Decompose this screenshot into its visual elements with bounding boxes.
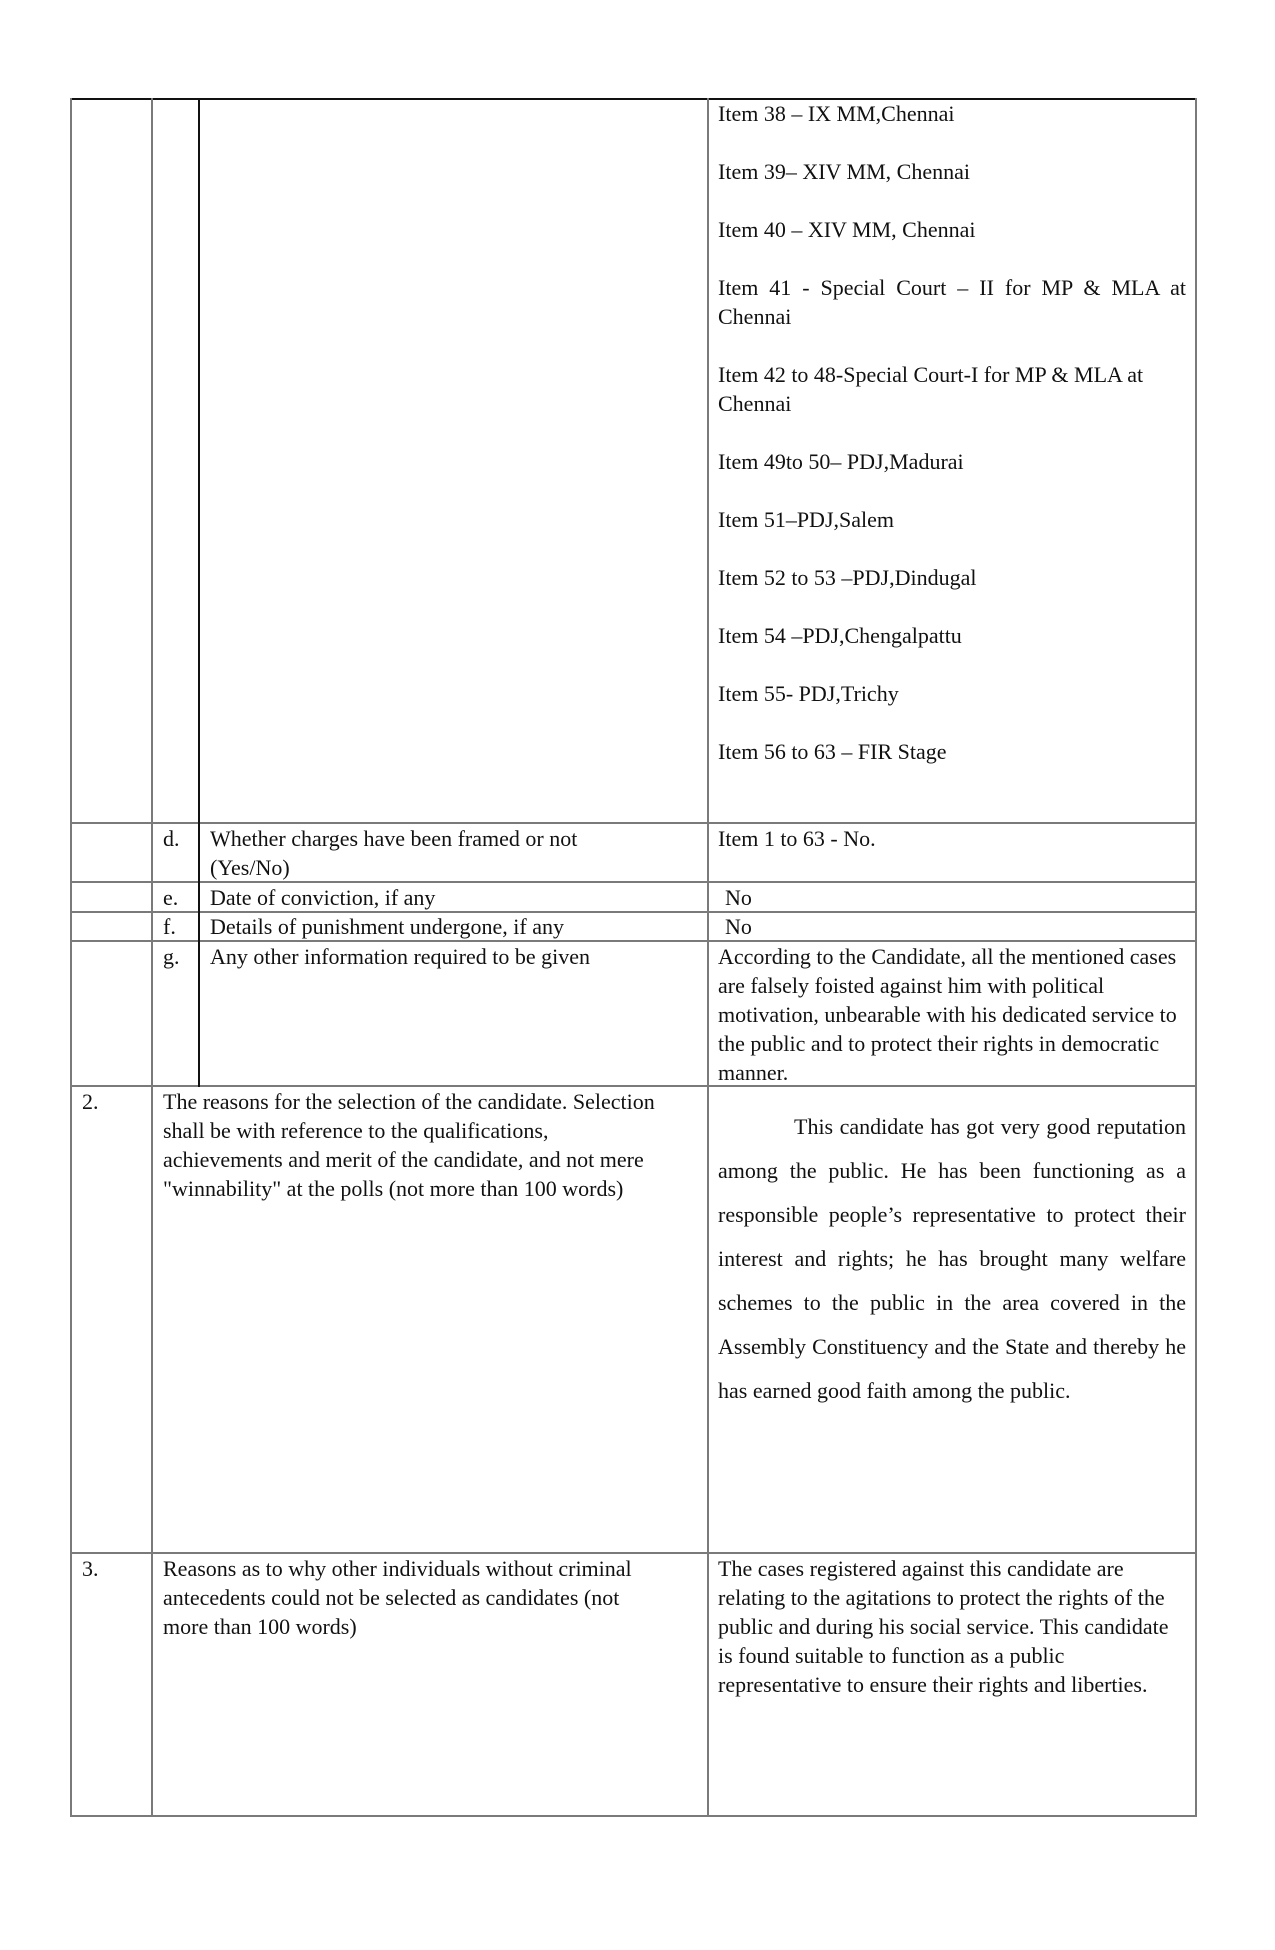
court-entry: Item 55- PDJ,Trichy (718, 679, 1186, 708)
table-left-border (70, 98, 72, 1817)
answer-3: The cases registered against this candid… (718, 1554, 1188, 1699)
court-entry: Item 49to 50– PDJ,Madurai (718, 447, 1186, 476)
court-entry: Item 41 - Special Court – II for MP & ML… (718, 273, 1186, 331)
row-letter-f: f. (163, 912, 176, 941)
court-entry: Item 39– XIV MM, Chennai (718, 157, 1186, 186)
court-entry: Item 40 – XIV MM, Chennai (718, 215, 1186, 244)
answer-2: This candidate has got very good reputat… (718, 1105, 1186, 1413)
question-f: Details of punishment undergone, if any (210, 912, 564, 941)
answer-d: Item 1 to 63 - No. (718, 824, 1186, 853)
court-entry: Item 42 to 48-Special Court-I for MP & M… (718, 360, 1186, 418)
court-entry: Item 54 –PDJ,Chengalpattu (718, 621, 1186, 650)
court-entry: Item 52 to 53 –PDJ,Dindugal (718, 563, 1186, 592)
court-list: Item 38 – IX MM,Chennai Item 39– XIV MM,… (718, 99, 1186, 795)
court-entry: Item 38 – IX MM,Chennai (718, 99, 1186, 128)
question-3: Reasons as to why other individuals with… (163, 1554, 643, 1641)
question-2: The reasons for the selection of the can… (163, 1087, 671, 1203)
row-number-3: 3. (82, 1554, 99, 1583)
court-entry: Item 56 to 63 – FIR Stage (718, 737, 1186, 766)
question-g: Any other information required to be giv… (210, 942, 590, 971)
row-letter-d: d. (163, 824, 180, 853)
answer-e: No (725, 883, 752, 912)
row-letter-g: g. (163, 942, 180, 971)
document-page: Item 38 – IX MM,Chennai Item 39– XIV MM,… (0, 0, 1275, 1950)
row-letter-e: e. (163, 883, 178, 912)
row-number-2: 2. (82, 1087, 99, 1116)
col-divider-3 (707, 98, 709, 1817)
question-e: Date of conviction, if any (210, 883, 435, 912)
question-d: Whether charges have been framed or not … (210, 824, 650, 882)
col-divider-1 (151, 98, 153, 1817)
answer-f: No (725, 912, 752, 941)
answer-g: According to the Candidate, all the ment… (718, 942, 1188, 1087)
table-right-border (1195, 98, 1197, 1817)
court-entry: Item 51–PDJ,Salem (718, 505, 1186, 534)
col-divider-2 (198, 98, 200, 1087)
table-bottom-border (70, 1815, 1197, 1817)
